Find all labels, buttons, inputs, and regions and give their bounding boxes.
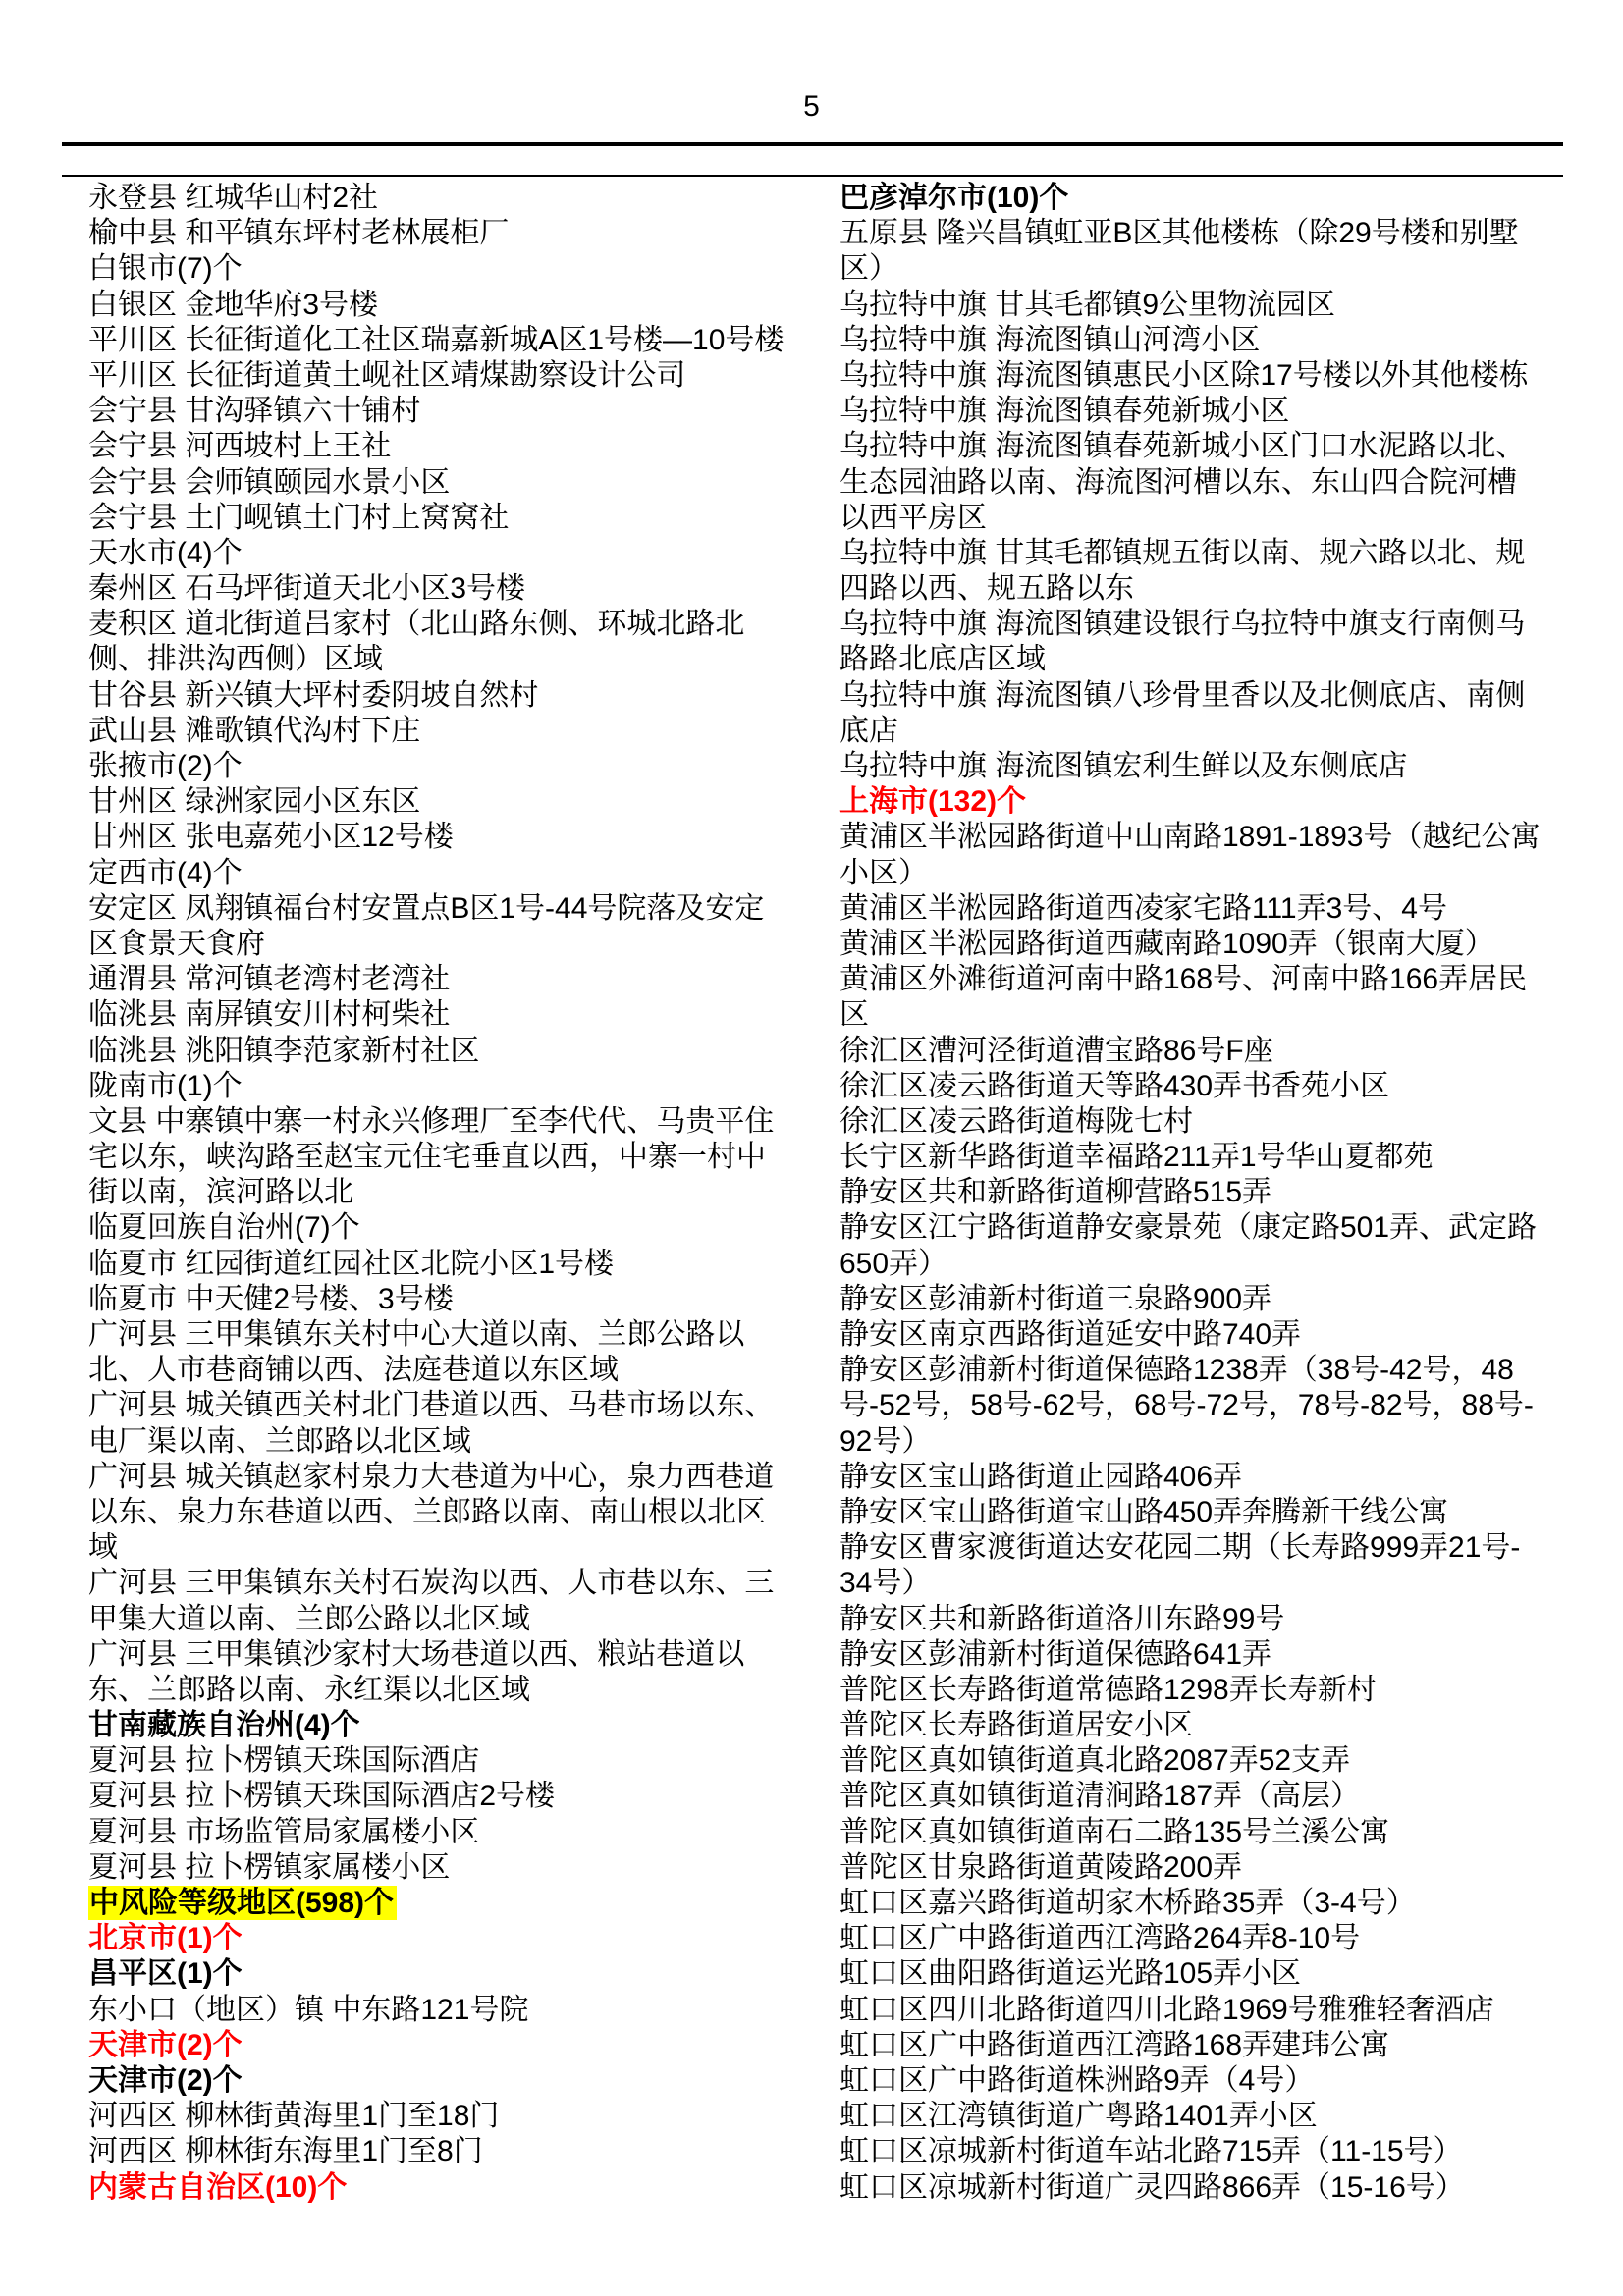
line-text: 乌拉特中旗 甘其毛都镇9公里物流园区 [839, 288, 1335, 322]
list-item: 底店 [839, 714, 1571, 749]
line-text: 虹口区曲阳路街道运光路105弄小区 [839, 1956, 1301, 1991]
line-text: 乌拉特中旗 海流图镇山河湾小区 [839, 323, 1260, 357]
list-item: 巴彦淖尔市(10)个 [839, 181, 1571, 216]
list-item: 普陀区真如镇街道南石二路135号兰溪公寓 [839, 1815, 1571, 1850]
list-item: 静安区彭浦新村街道保德路1238弄（38号-42号，48 [839, 1353, 1571, 1388]
line-text: 乌拉特中旗 甘其毛都镇规五街以南、规六路以北、规 [839, 536, 1525, 570]
line-text: 虹口区嘉兴路街道胡家木桥路35弄（3-4号） [839, 1886, 1416, 1920]
list-item: 普陀区长寿路街道居安小区 [839, 1708, 1571, 1743]
list-item: 夏河县 拉卜楞镇家属楼小区 [88, 1850, 820, 1886]
line-text: 静安区彭浦新村街道保德路641弄 [839, 1637, 1271, 1672]
line-text: 域 [88, 1530, 118, 1565]
list-item: 黄浦区外滩街道河南中路168号、河南中路166弄居民 [839, 962, 1571, 997]
list-item: 650弄） [839, 1247, 1571, 1282]
list-item: 会宁县 土门岘镇土门村上窝窝社 [88, 501, 820, 536]
line-text: 河西区 柳林街东海里1门至8门 [88, 2134, 483, 2168]
list-item: 虹口区四川北路街道四川北路1969号雅雅轻奢酒店 [839, 1993, 1571, 2028]
line-text: 普陀区长寿路街道居安小区 [839, 1708, 1193, 1742]
line-text: 路路北底店区域 [839, 642, 1046, 676]
list-item: 临夏市 红园街道红园社区北院小区1号楼 [88, 1247, 820, 1282]
line-text: 天津市(2)个 [88, 2063, 243, 2098]
line-text: 虹口区江湾镇街道广粤路1401弄小区 [839, 2099, 1318, 2133]
list-item: 乌拉特中旗 海流图镇建设银行乌拉特中旗支行南侧马 [839, 607, 1571, 642]
line-text: 底店 [839, 714, 898, 748]
line-text: 虹口区四川北路街道四川北路1969号雅雅轻奢酒店 [839, 1993, 1494, 2027]
list-item: 黄浦区半淞园路街道西凌家宅路111弄3号、4号 [839, 891, 1571, 927]
list-item: 会宁县 会师镇颐园水景小区 [88, 465, 820, 501]
line-text: 甘州区 张电嘉苑小区12号楼 [88, 820, 454, 854]
list-item: 以西平房区 [839, 501, 1571, 536]
line-text: 乌拉特中旗 海流图镇宏利生鲜以及东侧底店 [839, 749, 1407, 783]
line-text: 宅以东，峡沟路至赵宝元住宅垂直以西，中寨一村中 [88, 1140, 766, 1174]
line-text: 黄浦区半淞园路街道中山南路1891-1893号（越纪公寓 [839, 820, 1540, 854]
list-item: 甘州区 绿洲家园小区东区 [88, 784, 820, 820]
line-text: 虹口区广中路街道西江湾路264弄8-10号 [839, 1921, 1360, 1955]
list-item: 普陀区甘泉路街道黄陵路200弄 [839, 1850, 1571, 1886]
list-item: 广河县 三甲集镇沙家村大场巷道以西、粮站巷道以 [88, 1637, 820, 1673]
list-item: 乌拉特中旗 甘其毛都镇规五街以南、规六路以北、规 [839, 536, 1571, 571]
line-text: 广河县 城关镇西关村北门巷道以西、马巷市场以东、 [88, 1388, 774, 1422]
list-item: 夏河县 市场监管局家属楼小区 [88, 1815, 820, 1850]
list-item: 会宁县 河西坡村上王社 [88, 429, 820, 464]
line-text: 区 [839, 997, 869, 1032]
line-text: 北京市(1)个 [88, 1921, 243, 1955]
line-text: 内蒙古自治区(10)个 [88, 2170, 347, 2205]
line-text: 普陀区甘泉路街道黄陵路200弄 [839, 1850, 1242, 1885]
line-text: 东、兰郎路以南、永红渠以北区域 [88, 1673, 530, 1707]
line-text: 文县 中寨镇中寨一村永兴修理厂至李代代、马贵平住 [88, 1104, 774, 1139]
list-item: 昌平区(1)个 [88, 1956, 820, 1992]
line-text: 甘州区 绿洲家园小区东区 [88, 784, 420, 819]
list-item: 广河县 三甲集镇东关村石炭沟以西、人市巷以东、三 [88, 1566, 820, 1601]
line-text: 会宁县 土门岘镇土门村上窝窝社 [88, 501, 509, 535]
list-item: 静安区彭浦新村街道三泉路900弄 [839, 1282, 1571, 1317]
line-text: 乌拉特中旗 海流图镇春苑新城小区门口水泥路以北、 [839, 429, 1525, 463]
list-item: 甲集大道以南、兰郎公路以北区域 [88, 1602, 820, 1637]
line-text: 平川区 长征街道黄土岘社区靖煤勘察设计公司 [88, 358, 685, 393]
list-item: 永登县 红城华山村2社 [88, 181, 820, 216]
list-item: 宅以东，峡沟路至赵宝元住宅垂直以西，中寨一村中 [88, 1140, 820, 1175]
list-item: 夏河县 拉卜楞镇天珠国际酒店2号楼 [88, 1779, 820, 1814]
list-item: 临洮县 洮阳镇李范家新村社区 [88, 1034, 820, 1069]
line-text: 以东、泉力东巷道以西、兰郎路以南、南山根以北区 [88, 1495, 766, 1529]
list-item: 白银市(7)个 [88, 251, 820, 287]
line-text: 甘谷县 新兴镇大坪村委阴坡自然村 [88, 678, 538, 713]
list-item: 甘州区 张电嘉苑小区12号楼 [88, 820, 820, 855]
list-item: 以东、泉力东巷道以西、兰郎路以南、南山根以北区 [88, 1495, 820, 1530]
line-text: 小区） [839, 856, 928, 890]
line-text: 广河县 城关镇赵家村泉力大巷道为中心，泉力西巷道 [88, 1460, 774, 1494]
line-text: 虹口区凉城新村街道车站北路715弄（11-15号） [839, 2134, 1463, 2168]
list-item: 虹口区曲阳路街道运光路105弄小区 [839, 1956, 1571, 1992]
line-text: 区） [839, 251, 898, 286]
list-item: 号-52号，58号-62号，68号-72号，78号-82号，88号- [839, 1388, 1571, 1423]
line-text: 徐汇区凌云路街道梅陇七村 [839, 1104, 1193, 1139]
list-item: 黄浦区半淞园路街道西藏南路1090弄（银南大厦） [839, 927, 1571, 962]
list-item: 天津市(2)个 [88, 2028, 820, 2063]
list-item: 区 [839, 997, 1571, 1033]
list-item: 普陀区真如镇街道清涧路187弄（高层） [839, 1779, 1571, 1814]
line-text: 甘南藏族自治州(4)个 [88, 1708, 360, 1742]
list-item: 临洮县 南屏镇安川村柯柴社 [88, 997, 820, 1033]
line-text: 会宁县 河西坡村上王社 [88, 429, 391, 463]
list-item: 平川区 长征街道化工社区瑞嘉新城A区1号楼—10号楼 [88, 323, 820, 358]
list-item: 静安区江宁路街道静安豪景苑（康定路501弄、武定路 [839, 1210, 1571, 1246]
list-item: 广河县 城关镇西关村北门巷道以西、马巷市场以东、 [88, 1388, 820, 1423]
list-item: 静安区共和新路街道柳营路515弄 [839, 1175, 1571, 1210]
line-text: 普陀区真如镇街道真北路2087弄52支弄 [839, 1743, 1350, 1778]
list-item: 北、人市巷商铺以西、法庭巷道以东区域 [88, 1353, 820, 1388]
list-item: 电厂渠以南、兰郎路以北区域 [88, 1424, 820, 1460]
list-item: 麦积区 道北街道吕家村（北山路东侧、环城北路北 [88, 607, 820, 642]
list-item: 乌拉特中旗 海流图镇宏利生鲜以及东侧底店 [839, 749, 1571, 784]
list-item: 天水市(4)个 [88, 536, 820, 571]
header-rule [62, 175, 1563, 177]
list-item: 虹口区广中路街道西江湾路168弄建玮公寓 [839, 2028, 1571, 2063]
list-item: 92号） [839, 1424, 1571, 1460]
line-text: 黄浦区半淞园路街道西藏南路1090弄（银南大厦） [839, 927, 1494, 961]
line-text: 街以南，滨河路以北 [88, 1175, 353, 1209]
list-item: 上海市(132)个 [839, 784, 1571, 820]
line-text: 昌平区(1)个 [88, 1956, 243, 1991]
list-item: 虹口区凉城新村街道车站北路715弄（11-15号） [839, 2134, 1571, 2169]
list-item: 区） [839, 251, 1571, 287]
line-text: 秦州区 石马坪街道天北小区3号楼 [88, 571, 525, 606]
list-item: 小区） [839, 856, 1571, 891]
line-text: 普陀区真如镇街道清涧路187弄（高层） [839, 1779, 1360, 1813]
line-text: 静安区宝山路街道宝山路450弄奔腾新干线公寓 [839, 1495, 1448, 1529]
line-text: 区食景天食府 [88, 927, 265, 961]
line-text: 陇南市(1)个 [88, 1069, 243, 1103]
line-text: 安定区 凤翔镇福台村安置点B区1号-44号院落及安定 [88, 891, 764, 926]
line-text: 临洮县 洮阳镇李范家新村社区 [88, 1034, 479, 1068]
list-item: 虹口区广中路街道西江湾路264弄8-10号 [839, 1921, 1571, 1956]
line-text: 长宁区新华路街道幸福路211弄1号华山夏都苑 [839, 1140, 1434, 1174]
list-item: 甘南藏族自治州(4)个 [88, 1708, 820, 1743]
list-item: 静安区共和新路街道洛川东路99号 [839, 1602, 1571, 1637]
line-text: 夏河县 拉卜楞镇天珠国际酒店 [88, 1743, 479, 1778]
list-item: 通渭县 常河镇老湾村老湾社 [88, 962, 820, 997]
line-text: 黄浦区半淞园路街道西凌家宅路111弄3号、4号 [839, 891, 1447, 926]
list-item: 五原县 隆兴昌镇虹亚B区其他楼栋（除29号楼和别墅 [839, 216, 1571, 251]
line-text: 河西区 柳林街黄海里1门至18门 [88, 2099, 499, 2133]
list-item: 东、兰郎路以南、永红渠以北区域 [88, 1673, 820, 1708]
line-text: 虹口区广中路街道株洲路9弄（4号） [839, 2063, 1314, 2098]
list-item: 静安区彭浦新村街道保德路641弄 [839, 1637, 1571, 1673]
list-item: 徐汇区凌云路街道梅陇七村 [839, 1104, 1571, 1140]
list-item: 域 [88, 1530, 820, 1566]
list-item: 普陀区长寿路街道常德路1298弄长寿新村 [839, 1673, 1571, 1708]
list-item: 乌拉特中旗 海流图镇惠民小区除17号楼以外其他楼栋 [839, 358, 1571, 394]
list-item: 北京市(1)个 [88, 1921, 820, 1956]
list-item: 静安区宝山路街道宝山路450弄奔腾新干线公寓 [839, 1495, 1571, 1530]
list-item: 中风险等级地区(598)个 [88, 1886, 820, 1921]
list-item: 东小口（地区）镇 中东路121号院 [88, 1993, 820, 2028]
line-text: 静安区彭浦新村街道三泉路900弄 [839, 1282, 1271, 1316]
list-item: 四路以西、规五路以东 [839, 571, 1571, 607]
list-item: 普陀区真如镇街道真北路2087弄52支弄 [839, 1743, 1571, 1779]
line-text: 静安区彭浦新村街道保德路1238弄（38号-42号，48 [839, 1353, 1514, 1387]
list-item: 乌拉特中旗 海流图镇春苑新城小区门口水泥路以北、 [839, 429, 1571, 464]
list-item: 河西区 柳林街黄海里1门至18门 [88, 2099, 820, 2134]
left-column: 永登县 红城华山村2社榆中县 和平镇东坪村老林展柜厂白银市(7)个白银区 金地华… [88, 181, 820, 2206]
line-text: 榆中县 和平镇东坪村老林展柜厂 [88, 216, 509, 250]
line-text: 黄浦区外滩街道河南中路168号、河南中路166弄居民 [839, 962, 1527, 996]
list-item: 陇南市(1)个 [88, 1069, 820, 1104]
line-text: 号-52号，58号-62号，68号-72号，78号-82号，88号- [839, 1388, 1534, 1422]
list-item: 徐汇区凌云路街道天等路430弄书香苑小区 [839, 1069, 1571, 1104]
list-item: 区食景天食府 [88, 927, 820, 962]
line-text: 永登县 红城华山村2社 [88, 181, 378, 215]
line-text: 甲集大道以南、兰郎公路以北区域 [88, 1602, 530, 1636]
line-text: 夏河县 市场监管局家属楼小区 [88, 1815, 479, 1849]
line-text: 静安区宝山路街道止园路406弄 [839, 1460, 1242, 1494]
line-text: 天津市(2)个 [88, 2028, 243, 2062]
line-text: 平川区 长征街道化工社区瑞嘉新城A区1号楼—10号楼 [88, 323, 784, 357]
line-text: 武山县 滩歌镇代沟村下庄 [88, 714, 420, 748]
line-text: 徐汇区漕河泾街道漕宝路86号F座 [839, 1034, 1273, 1068]
list-item: 榆中县 和平镇东坪村老林展柜厂 [88, 216, 820, 251]
list-item: 定西市(4)个 [88, 856, 820, 891]
line-text: 白银市(7)个 [88, 251, 243, 286]
list-item: 甘谷县 新兴镇大坪村委阴坡自然村 [88, 678, 820, 714]
list-item: 白银区 金地华府3号楼 [88, 288, 820, 323]
list-item: 文县 中寨镇中寨一村永兴修理厂至李代代、马贵平住 [88, 1104, 820, 1140]
line-text: 静安区共和新路街道柳营路515弄 [839, 1175, 1271, 1209]
line-text: 徐汇区凌云路街道天等路430弄书香苑小区 [839, 1069, 1389, 1103]
line-text: 乌拉特中旗 海流图镇建设银行乌拉特中旗支行南侧马 [839, 607, 1525, 641]
list-item: 乌拉特中旗 海流图镇山河湾小区 [839, 323, 1571, 358]
line-text: 乌拉特中旗 海流图镇惠民小区除17号楼以外其他楼栋 [839, 358, 1529, 393]
line-text: 广河县 三甲集镇沙家村大场巷道以西、粮站巷道以 [88, 1637, 744, 1672]
line-text: 静安区江宁路街道静安豪景苑（康定路501弄、武定路 [839, 1210, 1537, 1245]
line-text: 侧、排洪沟西侧）区域 [88, 642, 383, 676]
line-text: 五原县 隆兴昌镇虹亚B区其他楼栋（除29号楼和别墅 [839, 216, 1519, 250]
top-rule [62, 142, 1563, 146]
line-text: 定西市(4)个 [88, 856, 243, 890]
document-page: 5 永登县 红城华山村2社榆中县 和平镇东坪村老林展柜厂白银市(7)个白银区 金… [0, 0, 1623, 2296]
list-item: 临夏市 中天健2号楼、3号楼 [88, 1282, 820, 1317]
line-text: 通渭县 常河镇老湾村老湾社 [88, 962, 450, 996]
list-item: 虹口区江湾镇街道广粤路1401弄小区 [839, 2099, 1571, 2134]
line-text: 上海市(132)个 [839, 784, 1026, 819]
list-item: 广河县 城关镇赵家村泉力大巷道为中心，泉力西巷道 [88, 1460, 820, 1495]
line-text: 92号） [839, 1424, 931, 1459]
line-text: 乌拉特中旗 海流图镇春苑新城小区 [839, 394, 1289, 428]
line-text: 静安区南京西路街道延安中路740弄 [839, 1317, 1301, 1352]
line-text: 34号） [839, 1566, 931, 1600]
line-text: 虹口区广中路街道西江湾路168弄建玮公寓 [839, 2028, 1389, 2062]
line-text: 张掖市(2)个 [88, 749, 243, 783]
line-text: 生态园油路以南、海流图河槽以东、东山四合院河槽 [839, 465, 1517, 500]
list-item: 徐汇区漕河泾街道漕宝路86号F座 [839, 1034, 1571, 1069]
list-item: 河西区 柳林街东海里1门至8门 [88, 2134, 820, 2169]
list-item: 34号） [839, 1566, 1571, 1601]
line-text: 临洮县 南屏镇安川村柯柴社 [88, 997, 450, 1032]
right-column: 巴彦淖尔市(10)个五原县 隆兴昌镇虹亚B区其他楼栋（除29号楼和别墅区）乌拉特… [839, 181, 1571, 2206]
line-text: 会宁县 会师镇颐园水景小区 [88, 465, 450, 500]
list-item: 广河县 三甲集镇东关村中心大道以南、兰郎公路以 [88, 1317, 820, 1353]
list-item: 乌拉特中旗 海流图镇八珍骨里香以及北侧底店、南侧 [839, 678, 1571, 714]
line-text: 夏河县 拉卜楞镇天珠国际酒店2号楼 [88, 1779, 555, 1813]
line-text: 静安区共和新路街道洛川东路99号 [839, 1602, 1284, 1636]
list-item: 虹口区广中路街道株洲路9弄（4号） [839, 2063, 1571, 2099]
line-text: 东小口（地区）镇 中东路121号院 [88, 1993, 528, 2027]
list-item: 静安区宝山路街道止园路406弄 [839, 1460, 1571, 1495]
list-item: 夏河县 拉卜楞镇天珠国际酒店 [88, 1743, 820, 1779]
list-item: 街以南，滨河路以北 [88, 1175, 820, 1210]
list-item: 路路北底店区域 [839, 642, 1571, 677]
list-item: 生态园油路以南、海流图河槽以东、东山四合院河槽 [839, 465, 1571, 501]
line-text: 麦积区 道北街道吕家村（北山路东侧、环城北路北 [88, 607, 744, 641]
list-item: 会宁县 甘沟驿镇六十铺村 [88, 394, 820, 429]
line-text: 电厂渠以南、兰郎路以北区域 [88, 1424, 471, 1459]
line-text: 中风险等级地区(598)个 [88, 1886, 397, 1920]
line-text: 北、人市巷商铺以西、法庭巷道以东区域 [88, 1353, 619, 1387]
list-item: 武山县 滩歌镇代沟村下庄 [88, 714, 820, 749]
line-text: 普陀区长寿路街道常德路1298弄长寿新村 [839, 1673, 1377, 1707]
list-item: 内蒙古自治区(10)个 [88, 2170, 820, 2206]
line-text: 虹口区凉城新村街道广灵四路866弄（15-16号） [839, 2170, 1465, 2205]
list-item: 乌拉特中旗 海流图镇春苑新城小区 [839, 394, 1571, 429]
line-text: 650弄） [839, 1247, 947, 1281]
line-text: 四路以西、规五路以东 [839, 571, 1134, 606]
list-item: 秦州区 石马坪街道天北小区3号楼 [88, 571, 820, 607]
page-number: 5 [0, 90, 1623, 124]
list-item: 虹口区凉城新村街道广灵四路866弄（15-16号） [839, 2170, 1571, 2206]
line-text: 广河县 三甲集镇东关村石炭沟以西、人市巷以东、三 [88, 1566, 774, 1600]
line-text: 以西平房区 [839, 501, 987, 535]
line-text: 白银区 金地华府3号楼 [88, 288, 378, 322]
list-item: 平川区 长征街道黄土岘社区靖煤勘察设计公司 [88, 358, 820, 394]
line-text: 临夏回族自治州(7)个 [88, 1210, 360, 1245]
list-item: 长宁区新华路街道幸福路211弄1号华山夏都苑 [839, 1140, 1571, 1175]
list-item: 临夏回族自治州(7)个 [88, 1210, 820, 1246]
list-item: 虹口区嘉兴路街道胡家木桥路35弄（3-4号） [839, 1886, 1571, 1921]
list-item: 静安区南京西路街道延安中路740弄 [839, 1317, 1571, 1353]
list-item: 黄浦区半淞园路街道中山南路1891-1893号（越纪公寓 [839, 820, 1571, 855]
line-text: 静安区曹家渡街道达安花园二期（长寿路999弄21号- [839, 1530, 1520, 1565]
list-item: 静安区曹家渡街道达安花园二期（长寿路999弄21号- [839, 1530, 1571, 1566]
line-text: 会宁县 甘沟驿镇六十铺村 [88, 394, 420, 428]
line-text: 天水市(4)个 [88, 536, 243, 570]
list-item: 乌拉特中旗 甘其毛都镇9公里物流园区 [839, 288, 1571, 323]
line-text: 临夏市 红园街道红园社区北院小区1号楼 [88, 1247, 614, 1281]
line-text: 临夏市 中天健2号楼、3号楼 [88, 1282, 454, 1316]
list-item: 安定区 凤翔镇福台村安置点B区1号-44号院落及安定 [88, 891, 820, 927]
list-item: 张掖市(2)个 [88, 749, 820, 784]
line-text: 广河县 三甲集镇东关村中心大道以南、兰郎公路以 [88, 1317, 744, 1352]
line-text: 普陀区真如镇街道南石二路135号兰溪公寓 [839, 1815, 1389, 1849]
line-text: 巴彦淖尔市(10)个 [839, 181, 1068, 215]
list-item: 天津市(2)个 [88, 2063, 820, 2099]
list-item: 侧、排洪沟西侧）区域 [88, 642, 820, 677]
line-text: 夏河县 拉卜楞镇家属楼小区 [88, 1850, 450, 1885]
line-text: 乌拉特中旗 海流图镇八珍骨里香以及北侧底店、南侧 [839, 678, 1525, 713]
